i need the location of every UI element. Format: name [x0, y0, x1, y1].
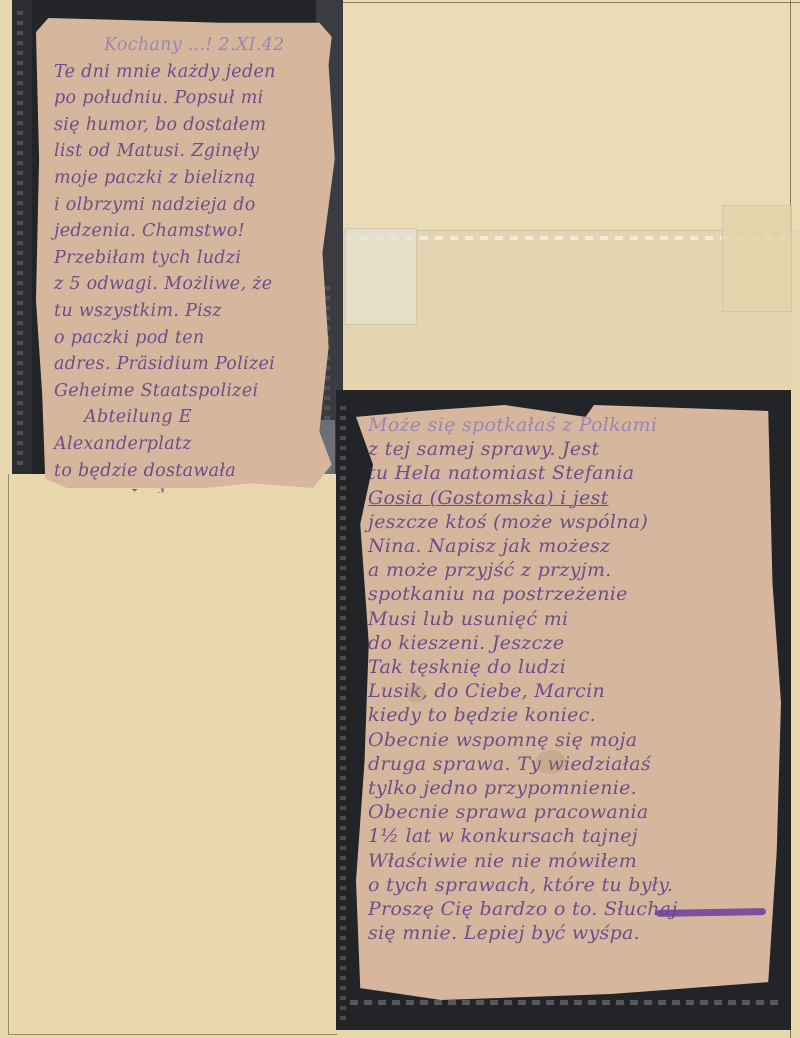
letter-line: Te dni mnie każdy jeden — [54, 59, 326, 86]
letter-line: adres. Präsidium Polizei — [54, 351, 326, 378]
letter-line: kiedy to będzie koniec. — [368, 703, 769, 727]
adhesive-tape-right — [722, 205, 792, 312]
letter-line: z tej samej sprawy. Jest — [368, 437, 769, 461]
letter-line: tu wszystkim. Pisz — [54, 298, 326, 325]
letter-line: Lusik, do Ciebe, Marcin — [368, 679, 769, 703]
letter-line: 1½ lat w konkursach tajnej — [368, 824, 769, 848]
letter-line: Tak tęsknię do ludzi — [368, 655, 769, 679]
album-page: Kochany ...! 2.XI.42 Te dni mnie każdy j… — [0, 0, 800, 1038]
handwritten-letter-fragment-2: Może się spotkałaś z Polkami z tej samej… — [356, 405, 781, 1000]
album-sheet-bottom-left — [8, 474, 337, 1035]
letter-line: Gosia (Gostomska) i jest — [368, 486, 769, 510]
letter-line: jeszcze ktoś (może wspólna) — [368, 510, 769, 534]
letter-line: jedzenia. Chamstwo! — [54, 218, 326, 245]
address-line: Abteilung E — [54, 404, 326, 431]
letter-line: Nina. Napisz jak możesz — [368, 534, 769, 558]
album-sheet-top-right — [343, 0, 800, 230]
film-strip-holes-left — [17, 5, 23, 465]
letter-line: się mnie. Lepiej być wyśpa. — [368, 921, 769, 945]
letter-line: a może przyjść z przyjm. — [368, 558, 769, 582]
letter-2-text: Może się spotkałaś z Polkami z tej samej… — [368, 413, 769, 945]
film-strip-holes-right-mount — [340, 400, 346, 1020]
frame-line-top — [343, 2, 800, 3]
letter-line: tu Hela natomiast Stefania — [368, 461, 769, 485]
letter-line: moje paczki z bielizną — [54, 165, 326, 192]
letter-line: i olbrzymi nadzieja do — [54, 192, 326, 219]
letter-line: po południu. Popsuł mi — [54, 85, 326, 112]
paper-stain — [536, 750, 566, 774]
letter-line: Obecnie sprawa pracowania — [368, 800, 769, 824]
film-strip-holes-bottom — [350, 1000, 780, 1005]
letter-line: Obecnie wspomnę się moja — [368, 728, 769, 752]
letter-line: się humor, bo dostałem — [54, 112, 326, 139]
handwritten-letter-fragment-1: Kochany ...! 2.XI.42 Te dni mnie każdy j… — [36, 18, 344, 488]
letter-line: druga sprawa. Ty wiedziałaś — [368, 752, 769, 776]
address-line: Geheime Staatspolizei — [54, 378, 326, 405]
paper-stain — [406, 685, 426, 703]
letter-line: to będzie dostawała — [54, 458, 326, 485]
letter-line: list od Matusi. Zginęły — [54, 138, 326, 165]
letter-line: Przebiłam tych ludzi — [54, 245, 326, 272]
letter-line: o paczki pod ten — [54, 325, 326, 352]
letter-line: tylko jedno przypomnienie. — [368, 776, 769, 800]
letter-line: do kieszeni. Jeszcze — [368, 631, 769, 655]
letter-line: Może się spotkałaś z Polkami — [368, 413, 769, 437]
letter-line: Właściwie nie nie mówiłem — [368, 849, 769, 873]
letter-1-header: Kochany ...! 2.XI.42 — [54, 32, 326, 59]
adhesive-tape-left — [345, 228, 417, 325]
letter-line: o tych sprawach, które tu były. — [368, 873, 769, 897]
letter-line: Musi lub usunięć mi — [368, 607, 769, 631]
letter-1-text: Kochany ...! 2.XI.42 Te dni mnie każdy j… — [54, 32, 326, 537]
letter-line: spotkaniu na postrzeżenie — [368, 582, 769, 606]
letter-line: z 5 odwagi. Możliwe, że — [54, 271, 326, 298]
address-line: Alexanderplatz — [54, 431, 326, 458]
